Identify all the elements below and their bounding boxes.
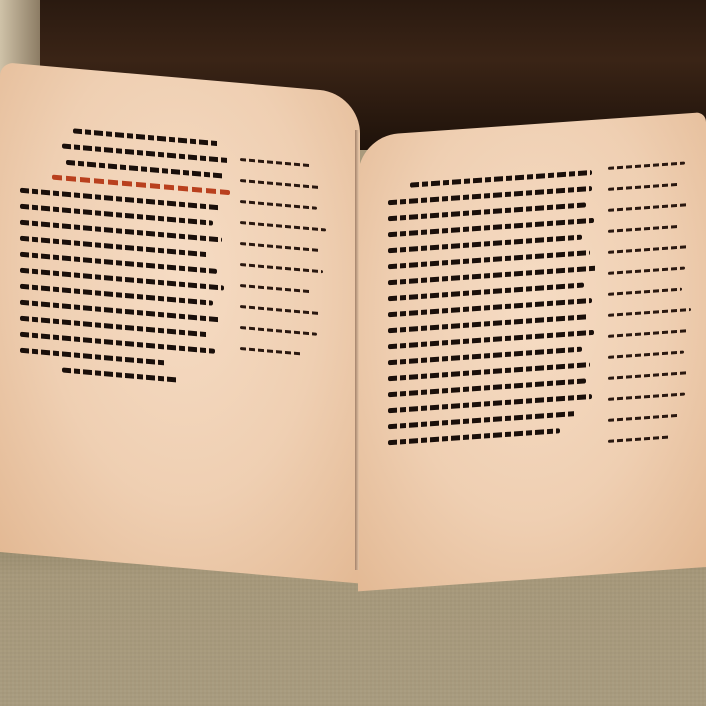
coptic-text-left <box>20 124 230 398</box>
left-page <box>0 62 360 583</box>
arabic-text-right <box>608 161 698 461</box>
coptic-text-right <box>388 169 603 456</box>
right-page <box>358 112 706 591</box>
arabic-text-left <box>240 158 330 376</box>
book-gutter <box>355 130 359 570</box>
manuscript-photo <box>0 0 706 706</box>
